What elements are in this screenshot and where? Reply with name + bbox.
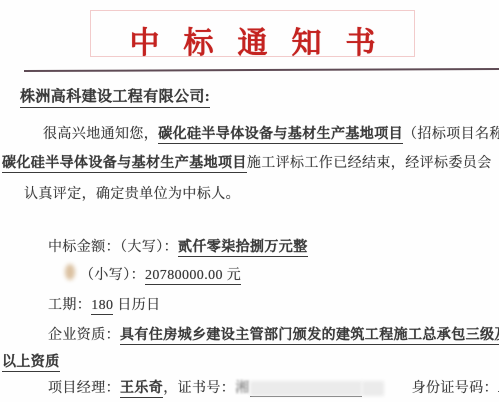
award-amount-numeric-line: （小写）：20780000.00 元 [80,264,241,284]
notice-paragraph-line-1: 很高兴地通知您，碳化硅半导体设备与基材生产基地项目（招标项目名称） [43,123,499,143]
id-number-label: 身份证号码： [412,381,498,396]
manager-label: 项目经理： [48,381,120,396]
qualification-text-2: 以上资质 [2,355,60,372]
numeric-amount-label: （小写）： [80,268,145,283]
paragraph-lead-tail: （招标项目名称） [403,127,499,142]
period-label: 工期： [48,298,91,313]
certificate-label: ，证书号： [163,381,235,396]
construction-period-line: 工期：180 日历日 [48,294,161,314]
manager-name: 王乐奇 [120,381,163,398]
award-notice-document: 中标通知书 株洲高科建设工程有限公司: 很高兴地通知您，碳化硅半导体设备与基材生… [0,0,499,402]
award-amount-label: 中标金额：（大写）： [48,240,178,255]
header-divider-line [24,68,499,72]
certificate-number-redaction [250,381,362,397]
title-border-frame: 中标通知书 [90,10,415,57]
qualification-line-1: 企业资质：具有住房城乡建设主管部门颁发的建筑工程施工总承包三级及 [48,324,499,344]
evaluation-finished-text: 施工评标工作已经结束，经评标委员会 [247,156,492,171]
certificate-prefix: 湘 [235,381,249,396]
winner-confirmation-text: 认真评定，确定贵单位为中标人。 [24,187,240,202]
award-amount-line: 中标金额：（大写）：贰仟零柒拾捌万元整 [48,236,308,256]
notice-paragraph-line-3: 认真评定，确定贵单位为中标人。 [24,183,240,203]
numeric-amount-value: 20780000.00 元 [145,268,241,285]
ink-smudge [65,264,75,280]
project-name-repeat: 碳化硅半导体设备与基材生产基地项目 [2,156,247,173]
award-amount-words: 贰仟零柒拾捌万元整 [178,240,308,257]
notice-paragraph-line-2: 碳化硅半导体设备与基材生产基地项目施工评标工作已经结束，经评标委员会 [2,152,492,172]
qualification-text-1: 具有住房城乡建设主管部门颁发的建筑工程施工总承包三级及 [120,328,499,345]
project-name: 碳化硅半导体设备与基材生产基地项目 [158,127,403,144]
document-title: 中标通知书 [91,18,414,62]
certificate-redaction-tail [362,381,384,396]
period-unit: 日历日 [117,298,160,313]
qualification-label: 企业资质： [48,328,120,343]
period-value: 180 [91,298,113,315]
qualification-line-2: 以上资质 [2,351,60,371]
addressee: 株洲高科建设工程有限公司: [20,85,210,108]
paragraph-lead: 很高兴地通知您， [43,127,158,142]
project-manager-line: 项目经理：王乐奇，证书号：湘身份证号码： [48,377,499,397]
